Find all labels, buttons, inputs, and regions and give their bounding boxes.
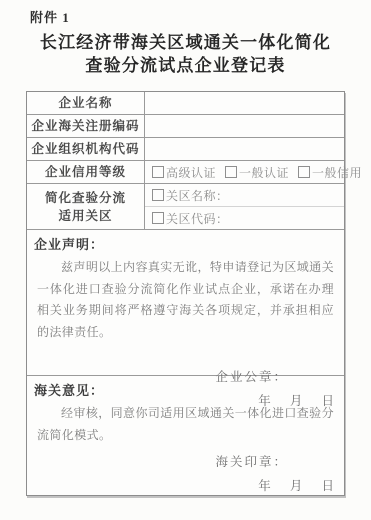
- checkbox-option-label: 高级认证: [166, 164, 216, 181]
- table-row-applicable-customs-area: 简化查验分流 适用关区 关区名称： 关区代码：: [27, 184, 344, 230]
- registration-table: 企业名称 企业海关注册编码 企业组织机构代码 企业信用等级 高级认证 一般认证: [26, 91, 345, 496]
- form-title-line-2: 查验分流试点企业登记表: [0, 54, 371, 77]
- checkbox-icon: [152, 212, 164, 224]
- customs-opinion-section: 海关意见： 经审核，同意你司适用区域通关一体化进口查验分流简化模式。 海关印章：…: [27, 376, 344, 495]
- row-value-company-name: [145, 92, 344, 114]
- checkbox-icon: [152, 166, 164, 178]
- form-title-line-1: 长江经济带海关区域通关一体化简化: [0, 31, 371, 54]
- customs-area-name-label: 关区名称：: [166, 187, 229, 204]
- checkbox-option-general-credit: 一般信用: [298, 164, 362, 181]
- customs-area-fields: 关区名称： 关区代码：: [145, 184, 344, 229]
- opinion-date-line: 年 月 日: [27, 476, 344, 494]
- row-label-line-1: 简化查验分流: [45, 189, 126, 207]
- table-row-company-name: 企业名称: [27, 92, 344, 115]
- row-value-customs-reg-code: [145, 115, 344, 137]
- table-row-org-code: 企业组织机构代码: [27, 138, 344, 161]
- opinion-body: 经审核，同意你司适用区域通关一体化进口查验分流简化模式。: [37, 403, 334, 446]
- row-label-customs-reg-code: 企业海关注册编码: [27, 115, 145, 137]
- declaration-body: 兹声明以上内容真实无讹，特申请登记为区域通关一体化进口查验分流简化作业试点企业，…: [37, 257, 334, 343]
- row-value-org-code: [145, 138, 344, 160]
- checkbox-option-general-cert: 一般认证: [225, 164, 289, 181]
- enterprise-declaration-section: 企业声明： 兹声明以上内容真实无讹，特申请登记为区域通关一体化进口查验分流简化作…: [27, 230, 344, 376]
- opinion-heading: 海关意见：: [27, 376, 344, 399]
- form-title: 长江经济带海关区域通关一体化简化 查验分流试点企业登记表: [0, 31, 371, 77]
- checkbox-option-advanced-cert: 高级认证: [152, 164, 216, 181]
- customs-area-code-label: 关区代码：: [166, 210, 229, 227]
- customs-seal-label: 海关印章：: [27, 452, 344, 470]
- checkbox-icon: [152, 189, 164, 201]
- row-label-company-name: 企业名称: [27, 92, 145, 114]
- checkbox-icon: [298, 166, 310, 178]
- checkbox-option-label: 一般认证: [239, 164, 289, 181]
- credit-rating-options: 高级认证 一般认证 一般信用: [145, 161, 344, 183]
- checkbox-option-label: 一般信用: [312, 164, 362, 181]
- row-label-line-2: 适用关区: [58, 207, 112, 225]
- customs-area-code-row: 关区代码：: [145, 207, 344, 229]
- customs-area-name-row: 关区名称：: [145, 184, 344, 207]
- row-label-credit-rating: 企业信用等级: [27, 161, 145, 183]
- attachment-label: 附件 1: [30, 7, 70, 26]
- table-row-credit-rating: 企业信用等级 高级认证 一般认证 一般信用: [27, 161, 344, 184]
- row-label-org-code: 企业组织机构代码: [27, 138, 145, 160]
- row-label-applicable-customs-area: 简化查验分流 适用关区: [27, 184, 145, 229]
- table-row-customs-reg-code: 企业海关注册编码: [27, 115, 344, 138]
- checkbox-icon: [225, 166, 237, 178]
- registration-form-document: 附件 1 长江经济带海关区域通关一体化简化 查验分流试点企业登记表 企业名称 企…: [0, 0, 371, 520]
- declaration-heading: 企业声明：: [27, 230, 344, 253]
